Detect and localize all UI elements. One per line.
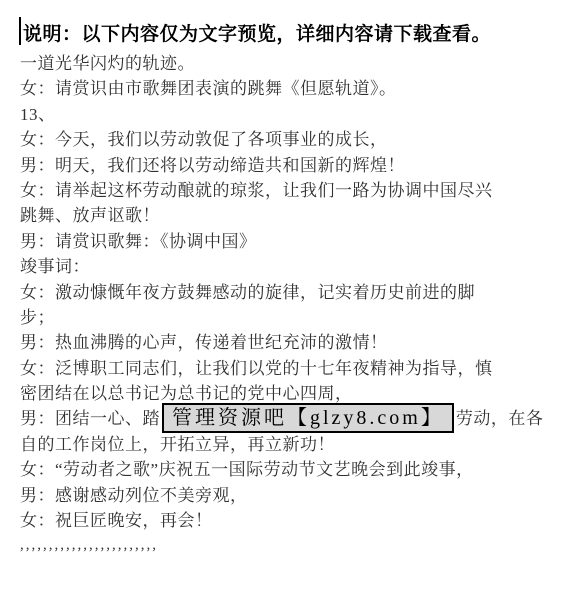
script-line: 步； (20, 305, 568, 330)
script-preview-body: 一道光华闪灼的轨迹。 女：请赏识由市歌舞团表演的跳舞《但愿轨道》。 13、 女：… (20, 51, 568, 559)
script-line: 女：泛博职工同志们，让我们以党的十七年夜精神为指导，慎 (20, 356, 568, 381)
preview-notice: 说明：以下内容仅为文字预览，详细内容请下载查看。 (23, 19, 491, 46)
script-line-segment-after-watermark: 劳动，在各 (456, 406, 544, 431)
script-line: 女：请赏识由市歌舞团表演的跳舞《但愿轨道》。 (20, 76, 568, 101)
script-line: 女：请举起这杯劳动酿就的琼浆，让我们一路为协调中国尽兴 (20, 178, 568, 203)
script-line: 女：激动慷慨年夜方鼓舞感动的旋律，记实着历史前进的脚 (20, 280, 568, 305)
script-line: 男：请赏识歌舞：《协调中国》 (20, 229, 568, 254)
script-line: 男：明天，我们还将以劳动缔造共和国新的辉煌！ (20, 153, 568, 178)
script-line-segment-before-watermark: 男：团结一心、踏 (20, 406, 160, 431)
text-cursor-caret (19, 17, 21, 45)
script-line: 13、 (20, 102, 568, 127)
script-line: 一道光华闪灼的轨迹。 (20, 51, 568, 76)
watermark-badge: 管理资源吧【glzy8.com】 (162, 403, 454, 433)
script-line: 男：热血沸腾的心声，传递着世纪充沛的激情！ (20, 330, 568, 355)
document-preview-page: 说明：以下内容仅为文字预览，详细内容请下载查看。 一道光华闪灼的轨迹。 女：请赏… (0, 0, 578, 600)
script-line: 男：感谢感动列位不美旁观， (20, 483, 568, 508)
script-line: 竣事词： (20, 254, 568, 279)
script-line: 女：祝巨匠晚安，再会！ (20, 508, 568, 533)
script-line: 女：今天，我们以劳动敦促了各项事业的成长， (20, 127, 568, 152)
script-line: 自的工作岗位上，开拓立异，再立新功！ (20, 432, 568, 457)
script-line: 跳舞、放声讴歌！ (20, 203, 568, 228)
dots-line: ,,,,,,,,,,,,,,,,,,,,,,,, (20, 533, 568, 558)
script-line: 女：“劳动者之歌”庆祝五一国际劳动节文艺晚会到此竣事， (20, 457, 568, 482)
script-line-with-watermark: 男：团结一心、踏 管理资源吧【glzy8.com】 劳动，在各 (20, 406, 568, 431)
